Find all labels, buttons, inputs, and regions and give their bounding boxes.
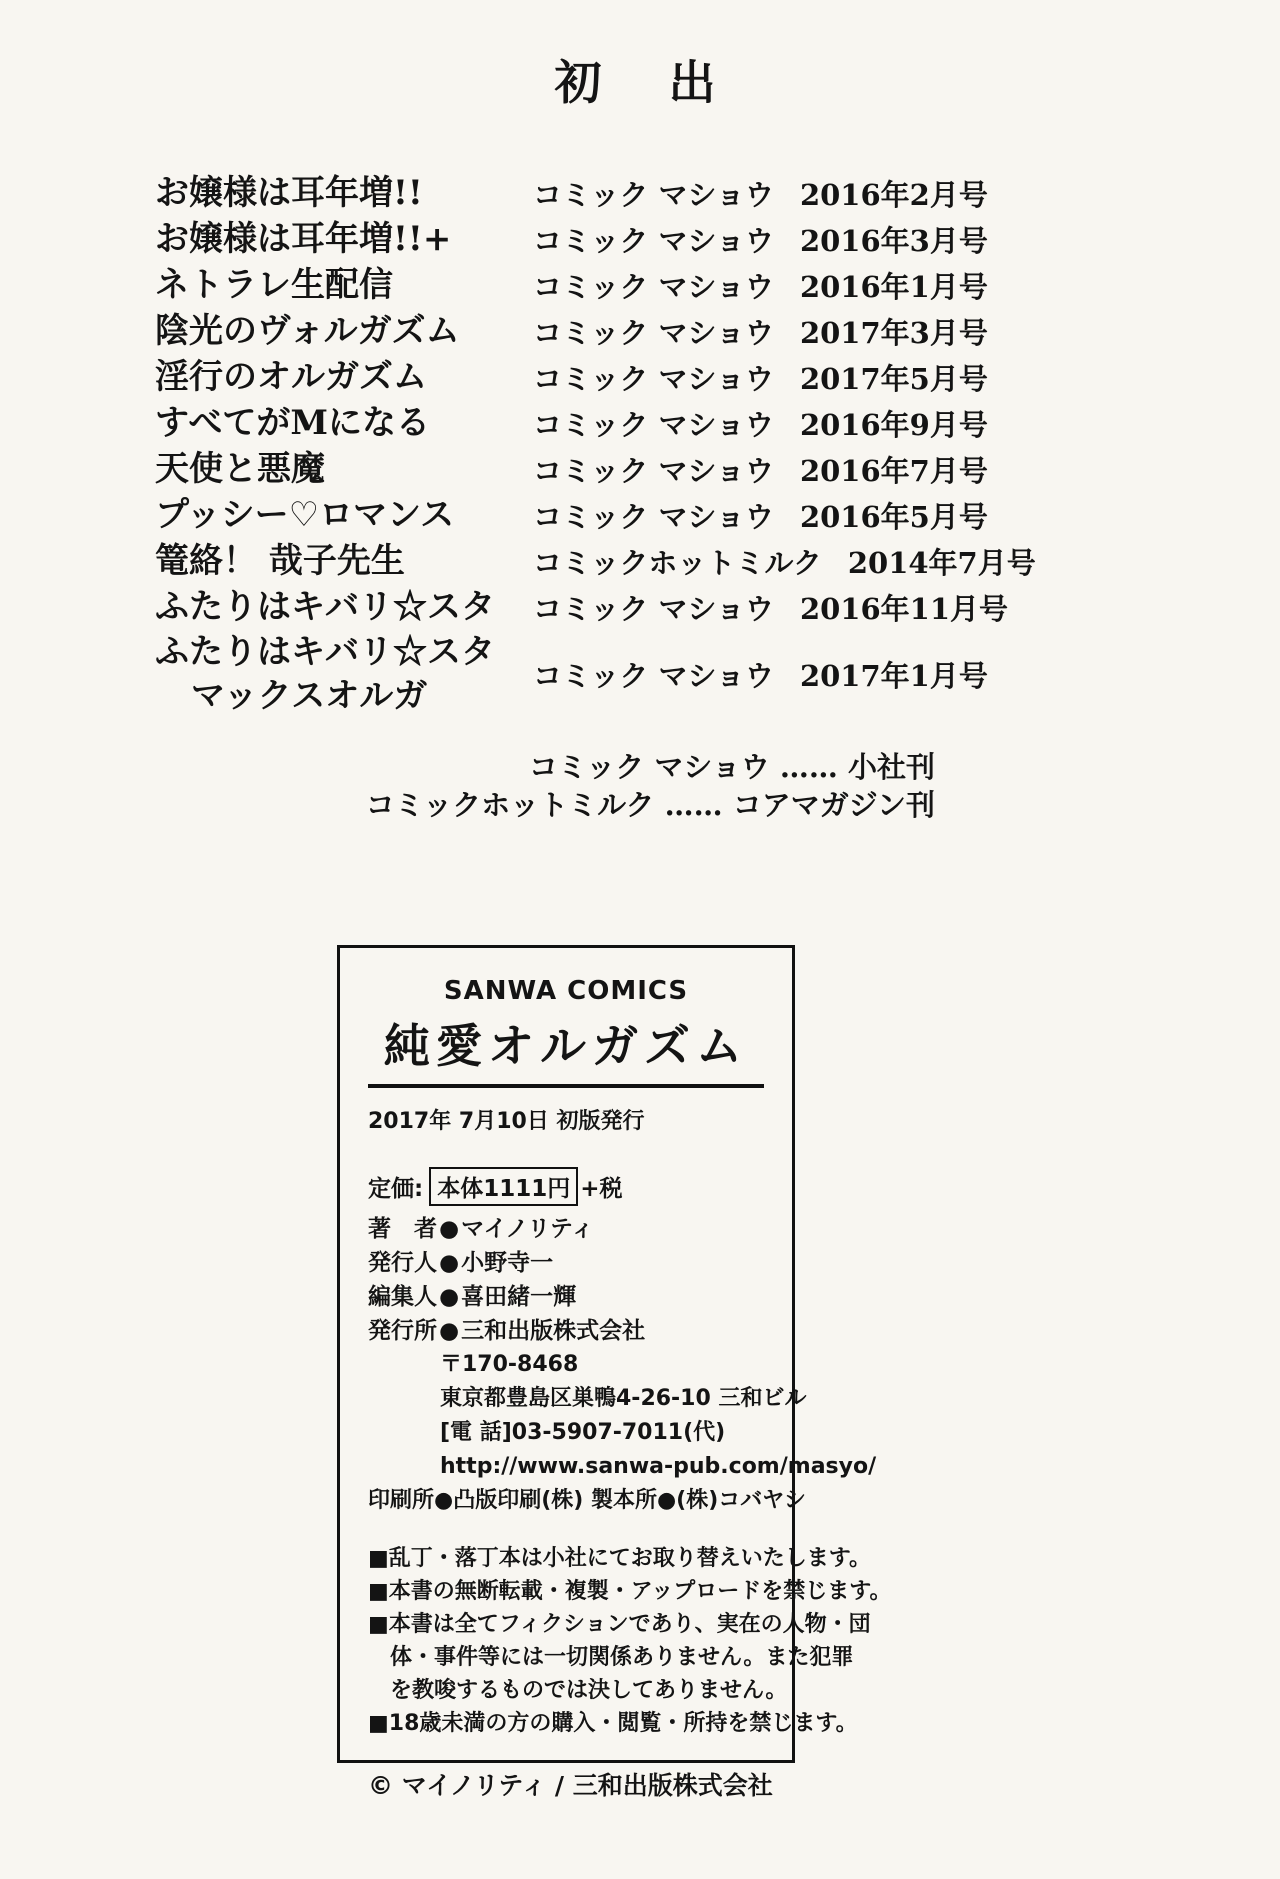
publication-title: ふたりはキバリ☆スタ: [155, 585, 533, 629]
credit-publishing-house: 発行所 ● 三和出版株式会社: [368, 1314, 764, 1348]
credit-label: 発行人: [368, 1246, 437, 1280]
publication-issue: 2016年3月号: [800, 219, 988, 260]
credit-author: 著 者 ● マイノリティ: [368, 1212, 764, 1246]
publication-issue: 2016年11月号: [800, 587, 1008, 628]
legend-line-masyo: コミック マショウ …… 小社刊: [0, 748, 935, 786]
bullet-icon: ●: [439, 1246, 459, 1280]
publication-magazine: コミック マショウ: [533, 311, 774, 352]
copyright-line: © マイノリティ / 三和出版株式会社: [368, 1766, 764, 1802]
price-tax-suffix: +税: [580, 1170, 622, 1203]
printer-binder-line: 印刷所●凸版印刷(株) 製本所●(株)コバヤシ: [368, 1484, 764, 1518]
street-address: 東京都豊島区巣鴨4-26-10 三和ビル: [440, 1382, 764, 1416]
publication-magazine: コミックホットミルク: [533, 541, 822, 582]
publication-title: プッシー♡ロマンス: [155, 493, 533, 537]
book-title: 純愛オルガズム: [368, 1010, 764, 1088]
publication-row: ネトラレ生配信 コミック マショウ 2016年1月号: [155, 262, 1185, 308]
magazine-publisher-legend: コミック マショウ …… 小社刊 コミックホットミルク …… コアマガジン刊: [0, 748, 935, 824]
publication-magazine: コミック マショウ: [533, 654, 774, 695]
credit-label: 編集人: [368, 1280, 437, 1314]
publication-row: プッシー♡ロマンス コミック マショウ 2016年5月号: [155, 492, 1185, 538]
bullet-icon: ●: [439, 1212, 459, 1246]
publication-title: 淫行のオルガズム: [155, 355, 533, 399]
publication-magazine: コミック マショウ: [533, 587, 774, 628]
publication-title: お嬢様は耳年増!!+: [155, 217, 533, 261]
publication-row: お嬢様は耳年増!!+ コミック マショウ 2016年3月号: [155, 216, 1185, 262]
bullet-icon: ●: [439, 1314, 459, 1348]
postal-code: 〒170-8468: [440, 1348, 764, 1382]
credit-label: 発行所: [368, 1314, 437, 1348]
legal-notices: ■乱丁・落丁本は小社にてお取り替えいたします。 ■本書の無断転載・複製・アップロ…: [368, 1542, 764, 1740]
publication-issue: 2017年1月号: [800, 654, 988, 695]
price-label: 定価:: [368, 1170, 423, 1203]
price-line: 定価: 本体1111円 +税: [368, 1167, 764, 1206]
publication-title: すべてがMになる: [155, 401, 533, 445]
publication-magazine: コミック マショウ: [533, 357, 774, 398]
publication-magazine: コミック マショウ: [533, 403, 774, 444]
publisher-address-block: 〒170-8468 東京都豊島区巣鴨4-26-10 三和ビル [電 話]03-5…: [368, 1348, 764, 1484]
publication-issue: 2016年9月号: [800, 403, 988, 444]
publication-row: 篭絡！ 哉子先生 コミックホットミルク 2014年7月号: [155, 538, 1185, 584]
publication-issue: 2017年3月号: [800, 311, 988, 352]
colophon-page: 初 出 お嬢様は耳年増!! コミック マショウ 2016年2月号 お嬢様は耳年増…: [0, 0, 1280, 1879]
notice-line: ■乱丁・落丁本は小社にてお取り替えいたします。: [368, 1542, 764, 1575]
publication-magazine: コミック マショウ: [533, 265, 774, 306]
publication-title: 陰光のヴォルガズム: [155, 309, 533, 353]
publication-row: 淫行のオルガズム コミック マショウ 2017年5月号: [155, 354, 1185, 400]
publication-magazine: コミック マショウ: [533, 495, 774, 536]
publication-row: 天使と悪魔 コミック マショウ 2016年7月号: [155, 446, 1185, 492]
bullet-icon: ●: [439, 1280, 459, 1314]
publication-magazine: コミック マショウ: [533, 173, 774, 214]
legend-line-hotmilk: コミックホットミルク …… コアマガジン刊: [0, 786, 935, 824]
publication-row: 陰光のヴォルガズム コミック マショウ 2017年3月号: [155, 308, 1185, 354]
publication-title-line1: ふたりはキバリ☆スタ: [155, 630, 533, 674]
publication-title: ネトラレ生配信: [155, 263, 533, 307]
credit-value: 三和出版株式会社: [461, 1314, 645, 1348]
page-title: 初 出: [0, 46, 1280, 113]
publication-title-line2: マックスオルガ: [155, 674, 533, 718]
notice-line: ■本書は全てフィクションであり、実在の人物・団: [368, 1608, 764, 1641]
credit-value: 喜田緒一輝: [461, 1280, 576, 1314]
notice-line: ■本書の無断転載・複製・アップロードを禁じます。: [368, 1575, 764, 1608]
publication-row: お嬢様は耳年増!! コミック マショウ 2016年2月号: [155, 170, 1185, 216]
publication-row: すべてがMになる コミック マショウ 2016年9月号: [155, 400, 1185, 446]
publication-issue: 2016年1月号: [800, 265, 988, 306]
publication-title: ふたりはキバリ☆スタ マックスオルガ: [155, 630, 533, 718]
notice-line: 体・事件等には一切関係ありません。また犯罪: [368, 1641, 764, 1674]
publication-title: 天使と悪魔: [155, 447, 533, 491]
imprint-name: SANWA COMICS: [368, 976, 764, 1006]
publication-magazine: コミック マショウ: [533, 449, 774, 490]
credit-publisher-person: 発行人 ● 小野寺一: [368, 1246, 764, 1280]
credits-block: 著 者 ● マイノリティ 発行人 ● 小野寺一 編集人 ● 喜田緒一輝 発行所 …: [368, 1212, 764, 1348]
colophon-box: SANWA COMICS 純愛オルガズム 2017年 7月10日 初版発行 定価…: [337, 945, 795, 1763]
notice-line: ■18歳未満の方の購入・閲覧・所持を禁じます。: [368, 1707, 764, 1740]
publication-issue: 2016年2月号: [800, 173, 988, 214]
publication-title: 篭絡！ 哉子先生: [155, 539, 533, 583]
publication-issue: 2016年5月号: [800, 495, 988, 536]
website-url: http://www.sanwa-pub.com/masyo/: [440, 1450, 764, 1484]
publication-row: ふたりはキバリ☆スタ コミック マショウ 2016年11月号: [155, 584, 1185, 630]
notice-line: を教唆するものでは決してありません。: [368, 1674, 764, 1707]
publication-list: お嬢様は耳年増!! コミック マショウ 2016年2月号 お嬢様は耳年増!!+ …: [155, 170, 1185, 718]
publication-issue: 2014年7月号: [848, 541, 1036, 582]
publication-row: ふたりはキバリ☆スタ マックスオルガ コミック マショウ 2017年1月号: [155, 630, 1185, 718]
publication-issue: 2017年5月号: [800, 357, 988, 398]
credit-value: 小野寺一: [461, 1246, 553, 1280]
edition-date: 2017年 7月10日 初版発行: [368, 1104, 764, 1135]
credit-value: マイノリティ: [461, 1212, 594, 1246]
publication-issue: 2016年7月号: [800, 449, 988, 490]
publication-title: お嬢様は耳年増!!: [155, 171, 533, 215]
publication-magazine: コミック マショウ: [533, 219, 774, 260]
price-boxed-value: 本体1111円: [429, 1167, 578, 1206]
credit-label: 著 者: [368, 1212, 437, 1246]
credit-editor: 編集人 ● 喜田緒一輝: [368, 1280, 764, 1314]
phone-number: [電 話]03-5907-7011(代): [440, 1416, 764, 1450]
